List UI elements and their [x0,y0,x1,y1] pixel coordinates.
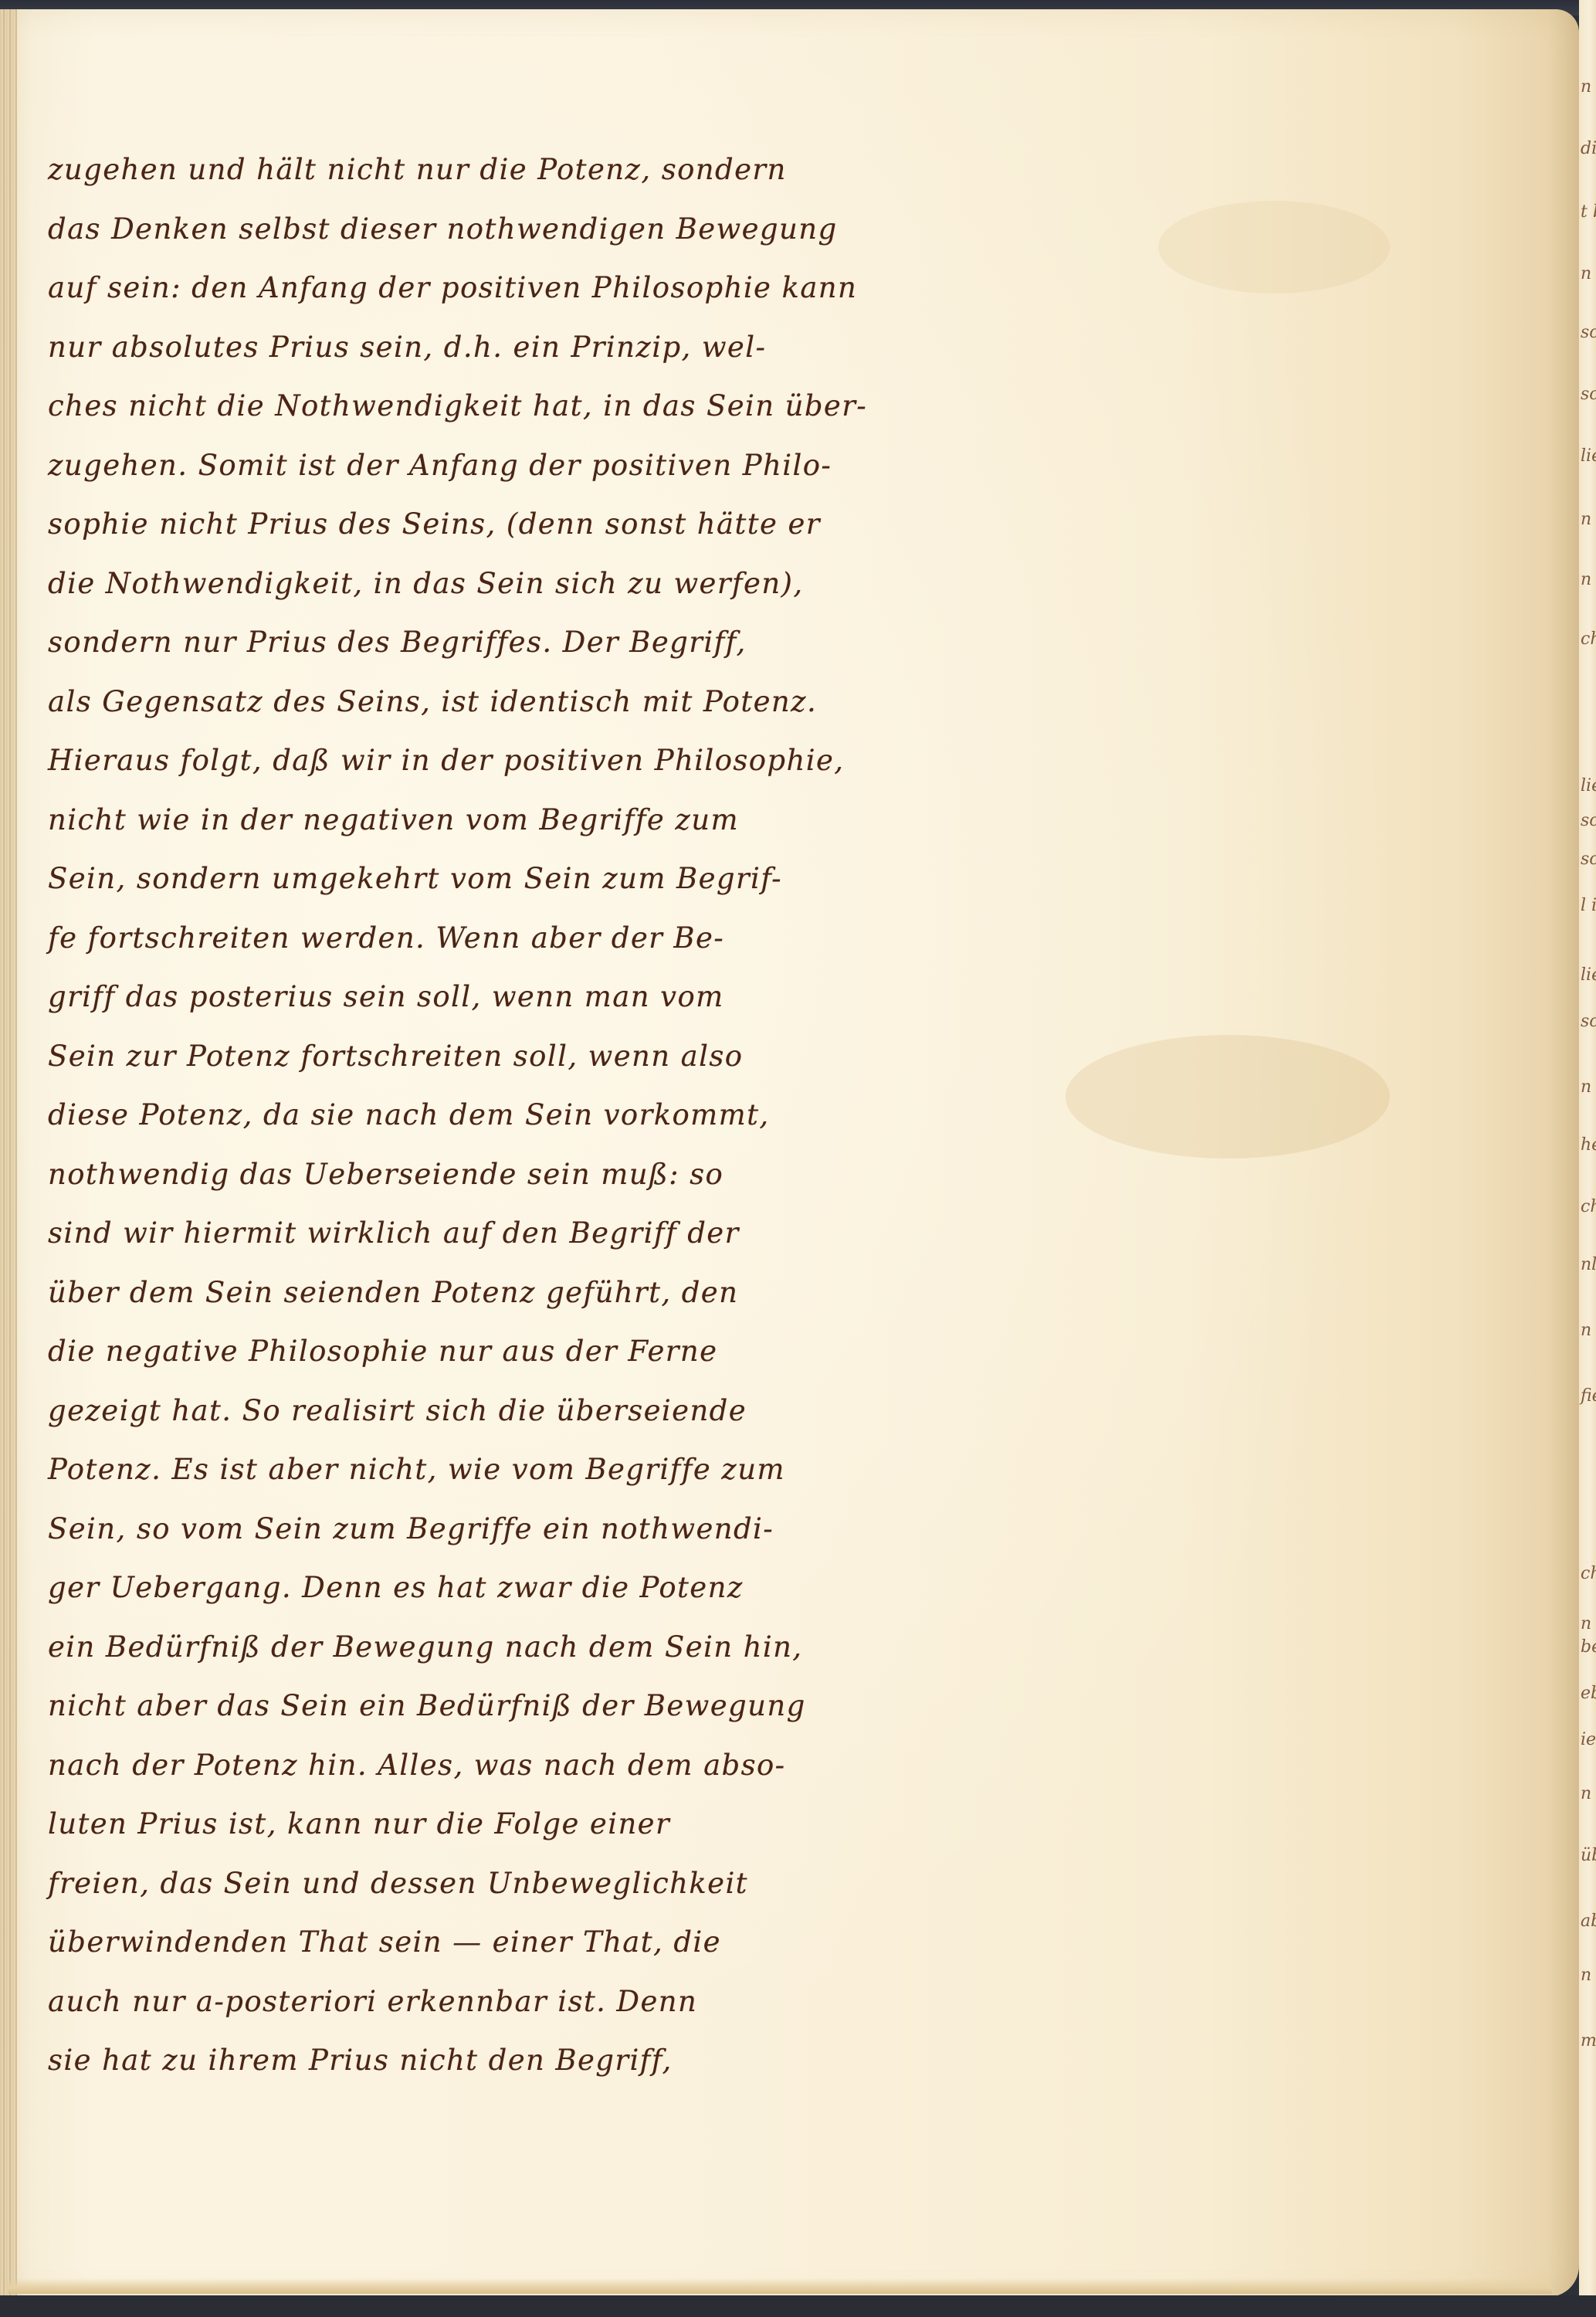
next-page-fragment: mög [1581,2031,1596,2051]
manuscript-line: auf sein: den Anfang der positiven Philo… [48,259,866,318]
manuscript-line: nach der Potenz hin. Alles, was nach dem… [48,1736,866,1796]
next-page-fragment: ch gr [1581,629,1596,649]
next-page-fragment: her/s [1581,1135,1596,1155]
manuscript-line: nur absolutes Prius sein, d.h. ein Prinz… [48,318,866,378]
manuscript-line: diese Potenz, da sie nach dem Sein vorko… [48,1086,866,1145]
next-page-fragment: t bei [1581,202,1596,222]
next-page-fragment: nlä [1581,1255,1596,1274]
manuscript-line: die negative Philosophie nur aus der Fer… [48,1322,866,1382]
manuscript-line: ger Uebergang. Denn es hat zwar die Pote… [48,1559,866,1618]
manuscript-line: ein Bedürfniß der Bewegung nach dem Sein… [48,1618,866,1678]
next-page-fragment: n de [1581,77,1596,97]
next-page-fragment: ch ist [1581,1564,1596,1583]
manuscript-line: Sein zur Potenz fortschreiten soll, wenn… [48,1027,866,1087]
manuscript-line: Potenz. Es ist aber nicht, wie vom Begri… [48,1440,866,1500]
manuscript-line: nicht wie in der negativen vom Begriffe … [48,791,866,850]
handwritten-text: zugehen und hält nicht nur die Potenz, s… [48,141,866,2091]
manuscript-line: als Gegensatz des Seins, ist identisch m… [48,673,866,732]
next-page-fragment: fier [1581,1386,1596,1406]
next-page-edge: n de dia t bei n erh schon schu lied n w… [1579,0,1596,2317]
manuscript-line: griff das posterius sein soll, wenn man … [48,968,866,1027]
next-page-fragment: lieber [1581,965,1596,985]
next-page-fragment: schon [1581,323,1596,342]
next-page-fragment: l ih [1581,896,1596,915]
manuscript-line: Sein, so vom Sein zum Begriffe ein nothw… [48,1500,866,1559]
manuscript-line: Hieraus folgt, daß wir in der positiven … [48,731,866,791]
next-page-fragment: dia [1581,139,1596,158]
next-page-fragment: ieau [1581,1730,1596,1749]
next-page-fragment: n erh [1581,264,1596,283]
next-page-fragment: ch B [1581,1197,1596,1216]
page-bottom-edge [8,2278,1552,2294]
manuscript-line: luten Prius ist, kann nur die Folge eine… [48,1795,866,1854]
next-page-fragment: sche [1581,850,1596,869]
next-page-fragment: über [1581,1846,1596,1865]
next-page-fragment: schu [1581,385,1596,404]
manuscript-line: nothwendig das Ueberseiende sein muß: so [48,1145,866,1205]
manuscript-line: über dem Sein seienden Potenz geführt, d… [48,1264,866,1323]
manuscript-line: sind wir hiermit wirklich auf den Begrif… [48,1204,866,1264]
manuscript-line: freien, das Sein und dessen Unbeweglichk… [48,1854,866,1914]
manuscript-line: sie hat zu ihrem Prius nicht den Begriff… [48,2031,866,2091]
manuscript-line: Sein, sondern umgekehrt vom Sein zum Beg… [48,850,866,909]
next-page-fragment: schu [1581,811,1596,830]
manuscript-line: nicht aber das Sein ein Bedürfniß der Be… [48,1677,866,1736]
next-page-fragment: n Be [1581,1614,1596,1633]
manuscript-line: fe fortschreiten werden. Wenn aber der B… [48,909,866,969]
manuscript-line: gezeigt hat. So realisirt sich die übers… [48,1382,866,1441]
next-page-fragment: n Hw [1581,1966,1596,1985]
next-page-fragment: schul [1581,1012,1596,1031]
manuscript-line: sondern nur Prius des Begriffes. Der Beg… [48,613,866,673]
page-gutter-edge [0,9,17,2297]
manuscript-line: überwindenden That sein — einer That, di… [48,1913,866,1973]
scan-background-bottom [0,2295,1596,2317]
next-page-fragment: n wa [1581,510,1596,529]
next-page-fragment: lied [1581,446,1596,466]
manuscript-line: ches nicht die Nothwendigkeit hat, in da… [48,377,866,436]
next-page-fragment: n pr [1581,1784,1596,1803]
manuscript-line: das Denken selbst dieser nothwendigen Be… [48,200,866,260]
paper-stain [1066,1035,1390,1158]
manuscript-line: sophie nicht Prius des Seins, (denn sons… [48,495,866,555]
manuscript-line: zugehen. Somit ist der Anfang der positi… [48,436,866,496]
next-page-fragment: n wo [1581,1077,1596,1097]
paper-stain [1158,201,1390,293]
manuscript-line: die Nothwendigkeit, in das Sein sich zu … [48,555,866,614]
next-page-fragment: ebe ja [1581,1684,1596,1703]
manuscript-line: zugehen und hält nicht nur die Potenz, s… [48,141,866,200]
next-page-fragment: n nie [1581,1321,1596,1340]
next-page-fragment: abry [1581,1912,1596,1931]
manuscript-line: auch nur a-posteriori erkennbar ist. Den… [48,1973,866,2032]
next-page-fragment: n wo [1581,570,1596,589]
next-page-fragment: liebn [1581,776,1596,796]
next-page-fragment: ben [1581,1637,1596,1657]
